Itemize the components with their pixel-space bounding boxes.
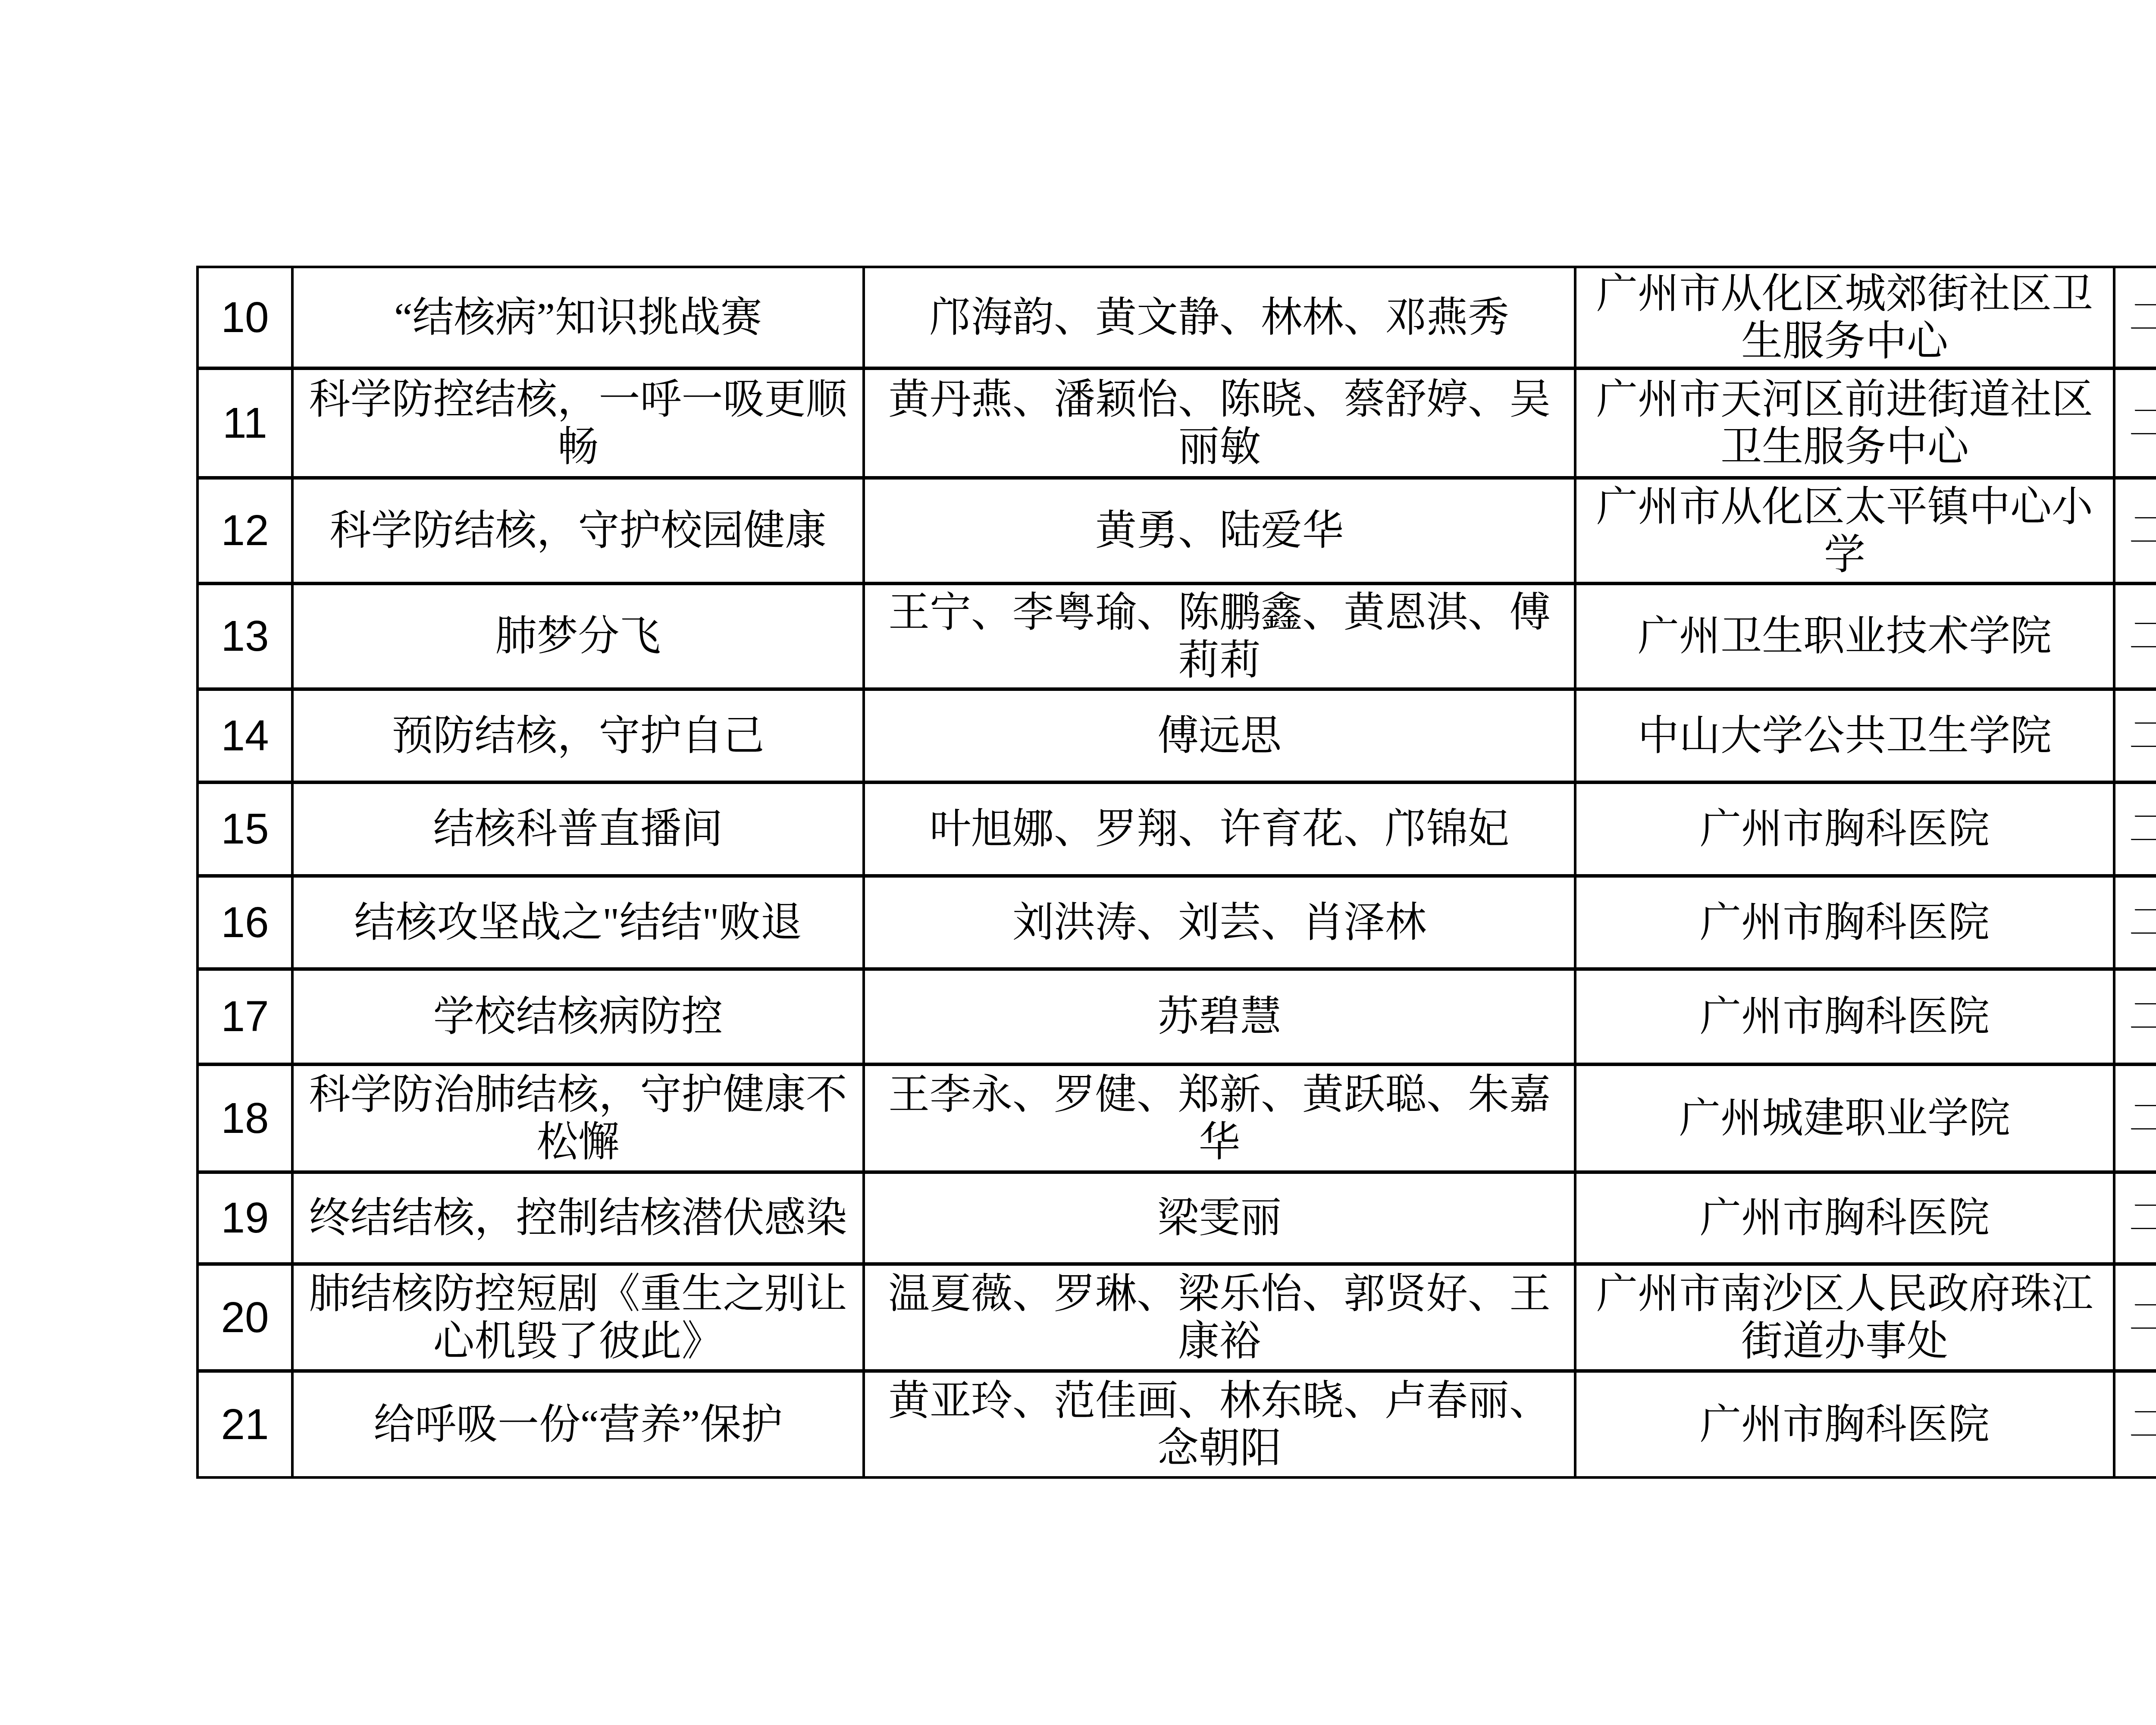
row-number-cell: 21	[199, 1373, 294, 1476]
authors-cell: 黄亚玲、范佳画、林东晓、卢春丽、念朝阳	[865, 1373, 1576, 1476]
title-cell: 科学防治肺结核，守护健康不松懈	[294, 1066, 865, 1174]
award-cell: 二等奖	[2115, 370, 2156, 480]
org-cell: 中山大学公共卫生学院	[1576, 691, 2115, 784]
table-row: 14预防结核，守护自己傅远思中山大学公共卫生学院二等奖	[199, 691, 2156, 784]
authors-cell: 黄丹燕、潘颖怡、陈晓、蔡舒婷、吴丽敏	[865, 370, 1576, 480]
table-row: 19终结结核，控制结核潜伏感染梁雯丽广州市胸科医院二等奖	[199, 1174, 2156, 1266]
award-cell: 二等奖	[2115, 784, 2156, 878]
table-row: 17学校结核病防控苏碧慧广州市胸科医院二等奖	[199, 971, 2156, 1066]
table-row: 21给呼吸一份“营养”保护黄亚玲、范佳画、林东晓、卢春丽、念朝阳广州市胸科医院二…	[199, 1373, 2156, 1476]
award-cell: 二等奖	[2115, 585, 2156, 691]
org-cell: 广州市南沙区人民政府珠江街道办事处	[1576, 1266, 2115, 1373]
authors-cell: 王李永、罗健、郑新、黄跃聪、朱嘉华	[865, 1066, 1576, 1174]
title-cell: “结核病”知识挑战赛	[294, 268, 865, 370]
award-cell: 二等奖	[2115, 1066, 2156, 1174]
org-cell: 广州市胸科医院	[1576, 878, 2115, 971]
title-cell: 终结结核，控制结核潜伏感染	[294, 1174, 865, 1266]
table-row: 16结核攻坚战之"结结"败退刘洪涛、刘芸、肖泽林广州市胸科医院二等奖	[199, 878, 2156, 971]
row-number-cell: 11	[199, 370, 294, 480]
award-cell: 二等奖	[2115, 1373, 2156, 1476]
title-cell: 科学防控结核，一呼一吸更顺畅	[294, 370, 865, 480]
row-number-cell: 17	[199, 971, 294, 1066]
authors-cell: 傅远思	[865, 691, 1576, 784]
table-row: 13肺梦分飞王宁、李粤瑜、陈鹏鑫、黄恩淇、傅莉莉广州卫生职业技术学院二等奖	[199, 585, 2156, 691]
org-cell: 广州市胸科医院	[1576, 1373, 2115, 1476]
table-row: 18科学防治肺结核，守护健康不松懈王李永、罗健、郑新、黄跃聪、朱嘉华广州城建职业…	[199, 1066, 2156, 1174]
award-cell: 二等奖	[2115, 480, 2156, 585]
award-cell: 二等奖	[2115, 878, 2156, 971]
title-cell: 预防结核，守护自己	[294, 691, 865, 784]
row-number-cell: 19	[199, 1174, 294, 1266]
authors-cell: 叶旭娜、罗翔、许育花、邝锦妃	[865, 784, 1576, 878]
title-cell: 科学防结核，守护校园健康	[294, 480, 865, 585]
row-number-cell: 18	[199, 1066, 294, 1174]
page: { "colors": { "background": "#ffffff", "…	[0, 0, 2156, 1725]
row-number-cell: 15	[199, 784, 294, 878]
authors-cell: 邝海韵、黄文静、林林、邓燕秀	[865, 268, 1576, 370]
org-cell: 广州市胸科医院	[1576, 1174, 2115, 1266]
org-cell: 广州市天河区前进街道社区卫生服务中心	[1576, 370, 2115, 480]
table-row: 20肺结核防控短剧《重生之别让心机毁了彼此》温夏薇、罗琳、梁乐怡、郭贤好、王康裕…	[199, 1266, 2156, 1373]
title-cell: 给呼吸一份“营养”保护	[294, 1373, 865, 1476]
award-cell: 二等奖	[2115, 268, 2156, 370]
title-cell: 结核攻坚战之"结结"败退	[294, 878, 865, 971]
org-cell: 广州市从化区太平镇中心小学	[1576, 480, 2115, 585]
org-cell: 广州市胸科医院	[1576, 784, 2115, 878]
table-row: 15结核科普直播间叶旭娜、罗翔、许育花、邝锦妃广州市胸科医院二等奖	[199, 784, 2156, 878]
row-number-cell: 16	[199, 878, 294, 971]
org-cell: 广州城建职业学院	[1576, 1066, 2115, 1174]
row-number-cell: 14	[199, 691, 294, 784]
authors-cell: 梁雯丽	[865, 1174, 1576, 1266]
row-number-cell: 12	[199, 480, 294, 585]
title-cell: 肺结核防控短剧《重生之别让心机毁了彼此》	[294, 1266, 865, 1373]
table-row: 10“结核病”知识挑战赛邝海韵、黄文静、林林、邓燕秀广州市从化区城郊街社区卫生服…	[199, 268, 2156, 370]
org-cell: 广州卫生职业技术学院	[1576, 585, 2115, 691]
award-cell: 二等奖	[2115, 1266, 2156, 1373]
row-number-cell: 10	[199, 268, 294, 370]
award-cell: 二等奖	[2115, 691, 2156, 784]
title-cell: 学校结核病防控	[294, 971, 865, 1066]
authors-cell: 刘洪涛、刘芸、肖泽林	[865, 878, 1576, 971]
authors-cell: 王宁、李粤瑜、陈鹏鑫、黄恩淇、傅莉莉	[865, 585, 1576, 691]
awards-table: 10“结核病”知识挑战赛邝海韵、黄文静、林林、邓燕秀广州市从化区城郊街社区卫生服…	[196, 266, 2156, 1479]
row-number-cell: 20	[199, 1266, 294, 1373]
authors-cell: 黄勇、陆爱华	[865, 480, 1576, 585]
award-cell: 二等奖	[2115, 1174, 2156, 1266]
award-cell: 二等奖	[2115, 971, 2156, 1066]
authors-cell: 苏碧慧	[865, 971, 1576, 1066]
row-number-cell: 13	[199, 585, 294, 691]
table-row: 12科学防结核，守护校园健康黄勇、陆爱华广州市从化区太平镇中心小学二等奖	[199, 480, 2156, 585]
title-cell: 结核科普直播间	[294, 784, 865, 878]
table-row: 11科学防控结核，一呼一吸更顺畅黄丹燕、潘颖怡、陈晓、蔡舒婷、吴丽敏广州市天河区…	[199, 370, 2156, 480]
authors-cell: 温夏薇、罗琳、梁乐怡、郭贤好、王康裕	[865, 1266, 1576, 1373]
title-cell: 肺梦分飞	[294, 585, 865, 691]
org-cell: 广州市胸科医院	[1576, 971, 2115, 1066]
org-cell: 广州市从化区城郊街社区卫生服务中心	[1576, 268, 2115, 370]
